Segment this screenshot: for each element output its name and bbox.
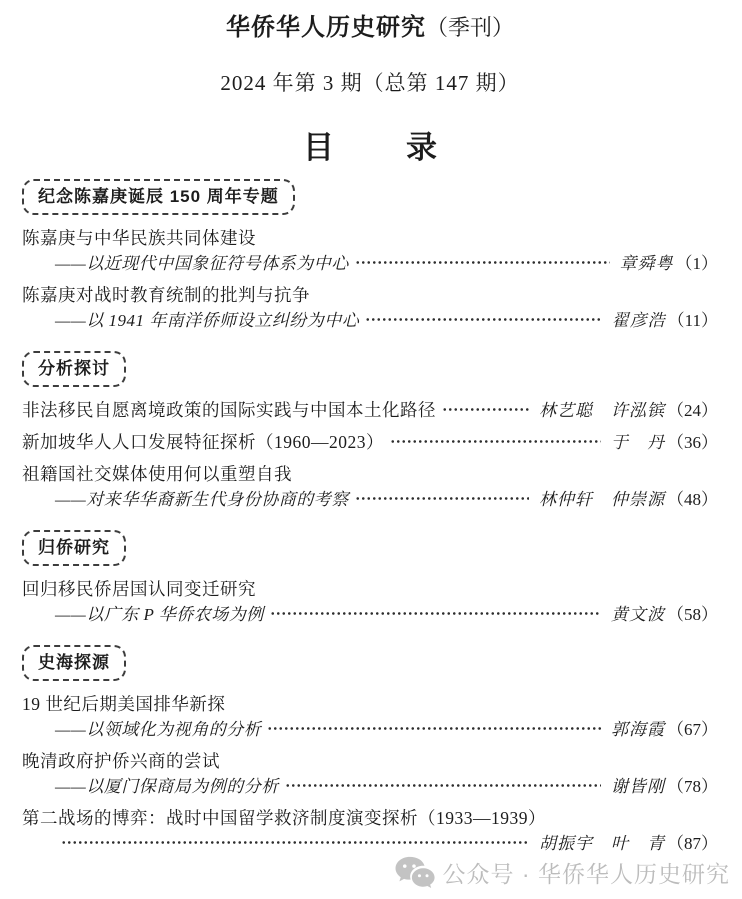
issue-line: 2024 年第 3 期（总第 147 期）: [22, 70, 718, 96]
toc-row: 陈嘉庚对战时教育统制的批判与抗争: [22, 282, 718, 308]
toc-entry: 祖籍国社交媒体使用何以重塑自我 ——对来华华裔新生代身份协商的考察 林仲轩 仲崇…: [22, 461, 718, 513]
entry-page: （36）: [667, 430, 718, 456]
entry-page: （1）: [676, 251, 719, 277]
toc-entry: 第二战场的博弈：战时中国留学救济制度演变探析（1933—1939） 胡振宇 叶 …: [22, 805, 718, 857]
toc-row: 新加坡华人人口发展特征探析（1960—2023） 于 丹 （36）: [22, 429, 718, 456]
row-text: 祖籍国社交媒体使用何以重塑自我: [22, 461, 292, 487]
toc-entry: 新加坡华人人口发展特征探析（1960—2023） 于 丹 （36）: [22, 429, 718, 456]
dot-leader: [355, 492, 529, 505]
entry-authors: 林仲轩 仲崇源: [539, 487, 665, 513]
toc-row: 回归移民侨居国认同变迁研究: [22, 576, 718, 602]
entry-authors: 章舜粤: [620, 251, 674, 277]
toc-section: 纪念陈嘉庚诞辰 150 周年专题 陈嘉庚与中华民族共同体建设 ——以近现代中国象…: [22, 179, 718, 334]
entry-page: （78）: [667, 774, 718, 800]
dot-leader: [267, 722, 601, 735]
row-text: 19 世纪后期美国排华新探: [22, 691, 225, 717]
journal-title-quarterly: （季刊）: [426, 15, 514, 40]
toc-section: 分析探讨 非法移民自愿离境政策的国际实践与中国本土化路径 林艺聪 许泓镔 （24…: [22, 351, 718, 513]
section-entries: 陈嘉庚与中华民族共同体建设 ——以近现代中国象征符号体系为中心 章舜粤 （1） …: [22, 225, 718, 334]
row-text: ——以近现代中国象征符号体系为中心: [55, 251, 349, 277]
row-text: 陈嘉庚与中华民族共同体建设: [22, 225, 256, 251]
entry-authors: 林艺聪 许泓镔: [539, 398, 665, 424]
toc-row: ——以近现代中国象征符号体系为中心 章舜粤 （1）: [22, 251, 718, 277]
entry-page: （24）: [667, 398, 718, 424]
row-text: ——以广东 P 华侨农场为例: [55, 602, 264, 628]
dot-leader: [442, 403, 529, 416]
entry-authors: 胡振宇 叶 青: [539, 831, 665, 857]
section-entries: 非法移民自愿离境政策的国际实践与中国本土化路径 林艺聪 许泓镔 （24） 新加坡…: [22, 397, 718, 513]
row-text: ——对来华华裔新生代身份协商的考察: [55, 487, 349, 513]
entry-page: （87）: [667, 831, 718, 857]
section-entries: 19 世纪后期美国排华新探 ——以领域化为视角的分析 郭海霞 （67） 晚清政府…: [22, 691, 718, 857]
toc-row: ——以领域化为视角的分析 郭海霞 （67）: [22, 717, 718, 743]
toc-row: ——对来华华裔新生代身份协商的考察 林仲轩 仲崇源 （48）: [22, 487, 718, 513]
row-text: 新加坡华人人口发展特征探析（1960—2023）: [22, 429, 384, 455]
dot-leader: [365, 313, 601, 326]
dot-leader: [285, 779, 601, 792]
dot-leader: [355, 256, 610, 269]
toc-entry: 晚清政府护侨兴商的尝试 ——以厦门保商局为例的分析 谢皆刚 （78）: [22, 748, 718, 800]
section-label: 分析探讨: [38, 359, 110, 378]
entry-page: （11）: [668, 308, 718, 334]
toc-row: ——以广东 P 华侨农场为例 黄文波 （58）: [22, 602, 718, 628]
toc-title-left: 目: [303, 130, 334, 165]
toc-row: 祖籍国社交媒体使用何以重塑自我: [22, 461, 718, 487]
wechat-icon: [393, 855, 435, 889]
dot-leader: [270, 607, 601, 620]
entry-page: （48）: [667, 487, 718, 513]
entry-authors: 郭海霞: [611, 717, 665, 743]
journal-title: 华侨华人历史研究（季刊）: [22, 12, 718, 44]
toc-row: 非法移民自愿离境政策的国际实践与中国本土化路径 林艺聪 许泓镔 （24）: [22, 397, 718, 424]
section-label: 归侨研究: [38, 538, 110, 557]
toc-section: 归侨研究 回归移民侨居国认同变迁研究 ——以广东 P 华侨农场为例 黄文波 （5…: [22, 530, 718, 628]
toc-row: ——以厦门保商局为例的分析 谢皆刚 （78）: [22, 774, 718, 800]
section-entries: 回归移民侨居国认同变迁研究 ——以广东 P 华侨农场为例 黄文波 （58）: [22, 576, 718, 628]
journal-title-main: 华侨华人历史研究: [226, 14, 426, 41]
entry-authors: 于 丹: [611, 430, 665, 456]
toc-row: 19 世纪后期美国排华新探: [22, 691, 718, 717]
toc-entry: 19 世纪后期美国排华新探 ——以领域化为视角的分析 郭海霞 （67）: [22, 691, 718, 743]
entry-authors: 黄文波: [611, 602, 665, 628]
section-label: 纪念陈嘉庚诞辰 150 周年专题: [38, 187, 279, 206]
toc-title: 目录: [22, 129, 718, 167]
entry-authors: 谢皆刚: [611, 774, 665, 800]
row-text: ——以 1941 年南洋侨师设立纠纷为中心: [55, 308, 359, 334]
entry-page: （67）: [667, 717, 718, 743]
toc-entry: 陈嘉庚与中华民族共同体建设 ——以近现代中国象征符号体系为中心 章舜粤 （1）: [22, 225, 718, 277]
entry-authors: 翟彦浩: [612, 308, 666, 334]
toc-page: 华侨华人历史研究（季刊） 2024 年第 3 期（总第 147 期） 目录 纪念…: [0, 0, 742, 899]
toc-row: 陈嘉庚与中华民族共同体建设: [22, 225, 718, 251]
section-chip: 分析探讨: [22, 351, 126, 387]
row-text: 第二战场的博弈：战时中国留学救济制度演变探析（1933—1939）: [22, 805, 546, 831]
toc-row: ——以 1941 年南洋侨师设立纠纷为中心 翟彦浩 （11）: [22, 308, 718, 334]
entry-page: （58）: [667, 602, 718, 628]
section-chip: 归侨研究: [22, 530, 126, 566]
dot-leader: [390, 435, 601, 448]
row-text: 非法移民自愿离境政策的国际实践与中国本土化路径: [22, 397, 436, 423]
row-text: ——以厦门保商局为例的分析: [55, 774, 279, 800]
watermark-text: 公众号 · 华侨华人历史研究: [443, 856, 730, 889]
toc-row: 晚清政府护侨兴商的尝试: [22, 748, 718, 774]
row-text: 晚清政府护侨兴商的尝试: [22, 748, 220, 774]
watermark: 公众号 · 华侨华人历史研究: [393, 855, 730, 889]
section-chip: 纪念陈嘉庚诞辰 150 周年专题: [22, 179, 295, 215]
dot-leader: [61, 836, 529, 849]
row-text: 陈嘉庚对战时教育统制的批判与抗争: [22, 282, 310, 308]
toc-entry: 非法移民自愿离境政策的国际实践与中国本土化路径 林艺聪 许泓镔 （24）: [22, 397, 718, 424]
toc-row: 胡振宇 叶 青 （87）: [22, 831, 718, 857]
section-chip: 史海探源: [22, 645, 126, 681]
toc-title-right: 录: [406, 130, 437, 165]
section-label: 史海探源: [38, 653, 110, 672]
toc-row: 第二战场的博弈：战时中国留学救济制度演变探析（1933—1939）: [22, 805, 718, 831]
toc-section: 史海探源 19 世纪后期美国排华新探 ——以领域化为视角的分析 郭海霞 （67）…: [22, 645, 718, 857]
toc-entry: 陈嘉庚对战时教育统制的批判与抗争 ——以 1941 年南洋侨师设立纠纷为中心 翟…: [22, 282, 718, 334]
row-text: 回归移民侨居国认同变迁研究: [22, 576, 256, 602]
toc-sections: 纪念陈嘉庚诞辰 150 周年专题 陈嘉庚与中华民族共同体建设 ——以近现代中国象…: [22, 179, 718, 857]
toc-entry: 回归移民侨居国认同变迁研究 ——以广东 P 华侨农场为例 黄文波 （58）: [22, 576, 718, 628]
row-text: ——以领域化为视角的分析: [55, 717, 261, 743]
